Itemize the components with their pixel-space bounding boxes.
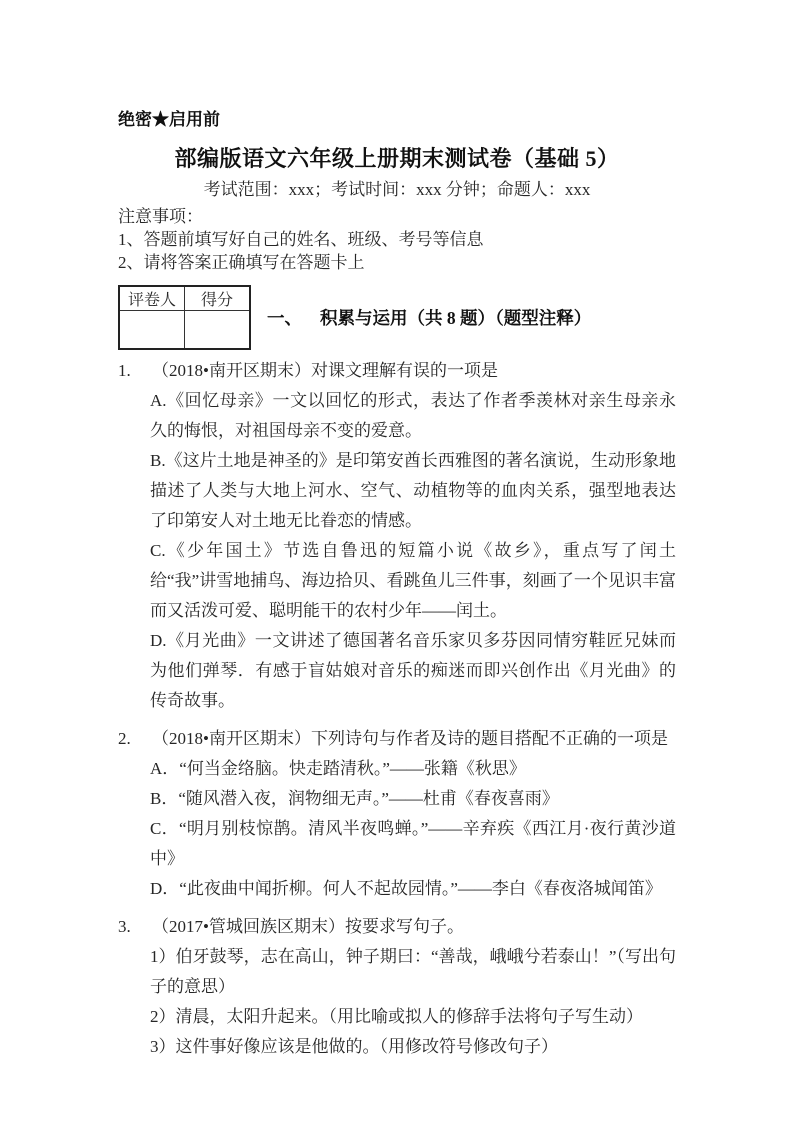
question-3-stem: （2017•管城回族区期末）按要求写句子。 [152,912,676,942]
score-table-header-grader: 评卷人 [119,286,185,311]
question-2-stem: （2018•南开区期末）下列诗句与作者及诗的题目搭配不正确的一项是 [152,724,676,754]
question-1-number: 1. [118,356,152,386]
exam-paper-page: 绝密★启用前 部编版语文六年级上册期末测试卷（基础 5） 考试范围：xxx；考试… [0,0,793,1122]
score-table-empty-cell-score [185,311,251,350]
score-table: 评卷人 得分 [118,285,251,350]
page-title: 部编版语文六年级上册期末测试卷（基础 5） [118,144,676,174]
exam-meta-line: 考试范围：xxx；考试时间：xxx 分钟；命题人：xxx [118,180,676,200]
question-2-option-b: B．“随风潜入夜，润物细无声。”——杜甫《春夜喜雨》 [150,784,676,814]
questions-list: 1. （2018•南开区期末）对课文理解有误的一项是 A.《回忆母亲》一文以回忆… [118,356,676,1062]
question-2-number: 2. [118,724,152,754]
question-1-option-a: A.《回忆母亲》一文以回忆的形式，表达了作者季羡林对亲生母亲永久的悔恨，对祖国母… [150,386,676,446]
notes-heading: 注意事项： [118,205,676,228]
section-title: 积累与运用（共 8 题）（题型注释） [320,308,591,328]
question-3-subitem-3: 3）这件事好像应该是他做的。（用修改符号修改句子） [150,1032,676,1062]
note-item-2: 2、请将答案正确填写在答题卡上 [118,251,676,274]
question-1-option-c: C.《少年国土》节选自鲁迅的短篇小说《故乡》，重点写了闰土给“我”讲雪地捕鸟、海… [150,536,676,626]
question-3-number: 3. [118,912,152,942]
question-1: 1. （2018•南开区期末）对课文理解有误的一项是 A.《回忆母亲》一文以回忆… [118,356,676,716]
score-table-section: 评卷人 得分 一、积累与运用（共 8 题）（题型注释） [118,285,676,350]
note-item-1: 1、答题前填写好自己的姓名、班级、考号等信息 [118,228,676,251]
secret-label: 绝密★启用前 [118,110,676,130]
question-2-option-c: C．“明月别枝惊鹊。清风半夜鸣蝉。”——辛弃疾《西江月·夜行黄沙道中》 [150,814,676,874]
question-1-option-b: B.《这片土地是神圣的》是印第安酋长西雅图的著名演说，生动形象地描述了人类与大地… [150,446,676,536]
notes-block: 注意事项： 1、答题前填写好自己的姓名、班级、考号等信息 2、请将答案正确填写在… [118,205,676,274]
question-2-option-d: D．“此夜曲中闻折柳。何人不起故园情。”——李白《春夜洛城闻笛》 [150,874,676,904]
question-1-stem: （2018•南开区期末）对课文理解有误的一项是 [152,356,676,386]
question-2-option-a: A．“何当金络脑。快走踏清秋。”——张籍《秋思》 [150,754,676,784]
question-3: 3. （2017•管城回族区期末）按要求写句子。 1）伯牙鼓琴，志在高山，钟子期… [118,912,676,1062]
score-table-header-score: 得分 [185,286,251,311]
question-2: 2. （2018•南开区期末）下列诗句与作者及诗的题目搭配不正确的一项是 A．“… [118,724,676,904]
question-3-subitem-1: 1）伯牙鼓琴，志在高山，钟子期曰：“善哉，峨峨兮若泰山！”（写出句子的意思） [150,942,676,1002]
section-number: 一、 [267,308,302,328]
question-1-option-d: D.《月光曲》一文讲述了德国著名音乐家贝多芬因同情穷鞋匠兄妹而为他们弹琴．有感于… [150,626,676,716]
question-3-subitem-2: 2）清晨，太阳升起来。（用比喻或拟人的修辞手法将句子写生动） [150,1002,676,1032]
section-heading: 一、积累与运用（共 8 题）（题型注释） [267,305,591,330]
score-table-empty-cell-grader [119,311,185,350]
